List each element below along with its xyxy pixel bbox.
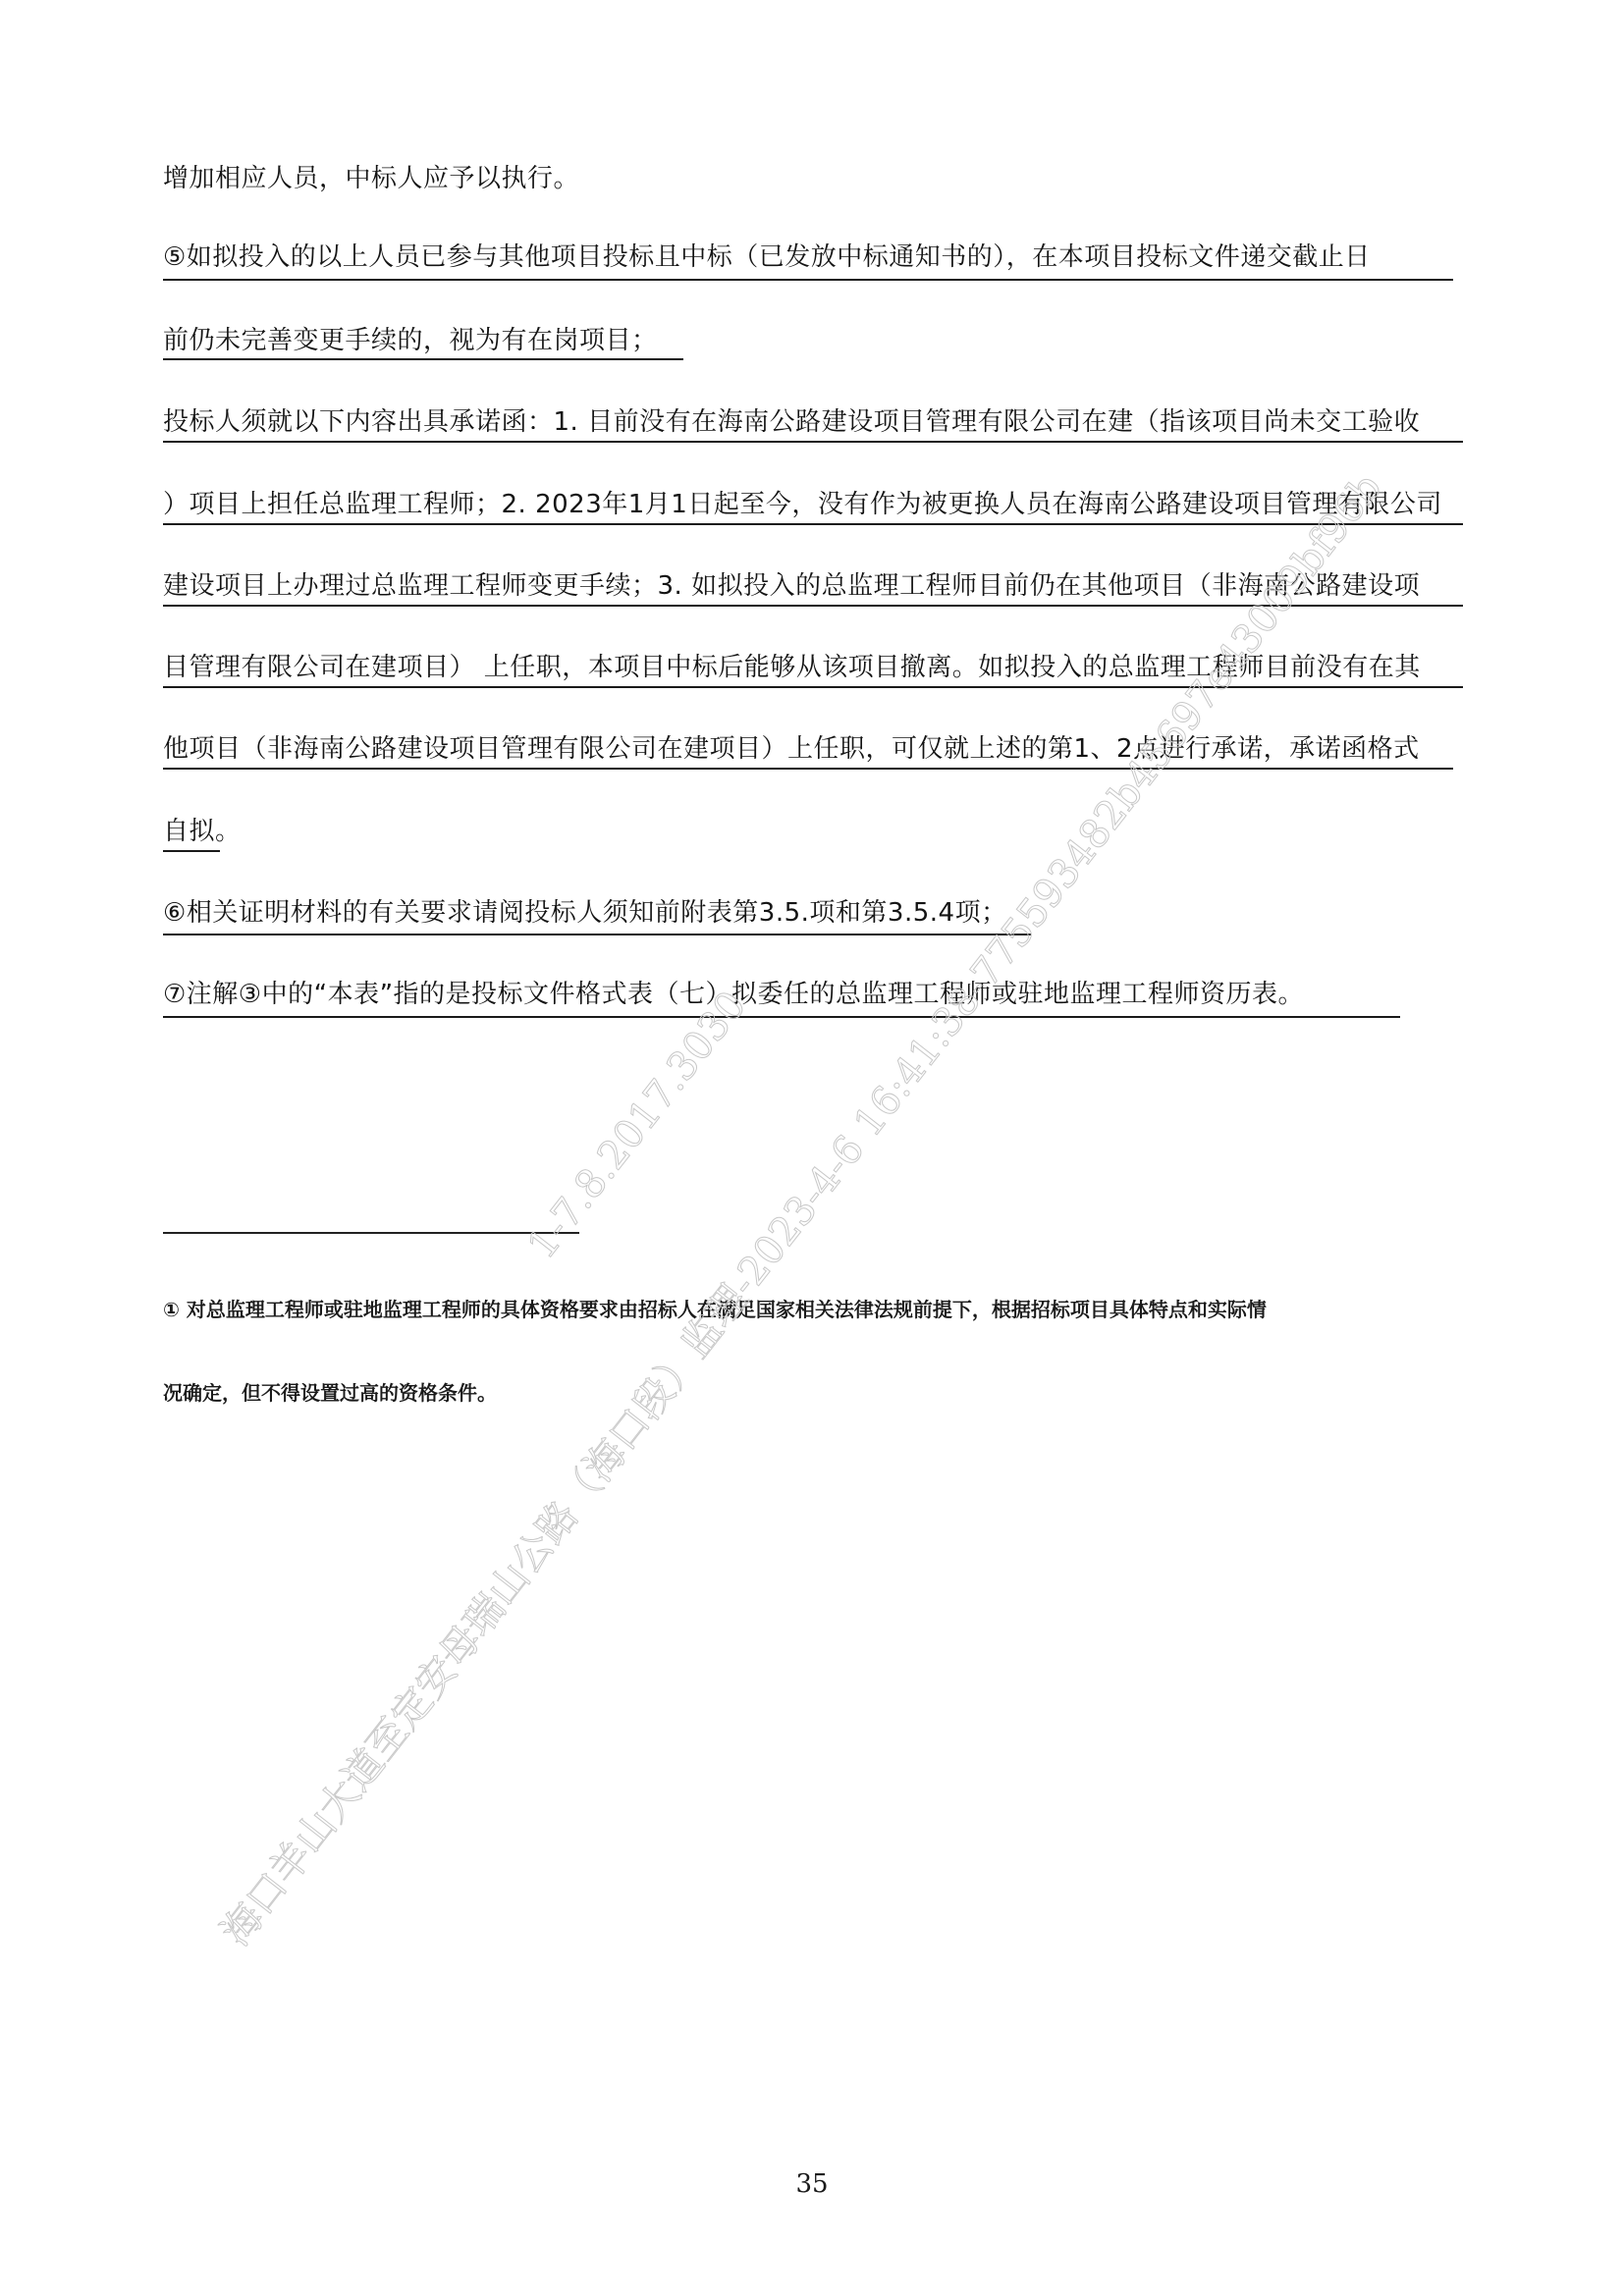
underline bbox=[163, 850, 220, 852]
commitment-line-1: 投标人须就以下内容出具承诺函：1. 目前没有在海南公路建设项目管理有限公司在建（… bbox=[163, 405, 1420, 439]
note-5-line-2: 前仍未完善变更手续的，视为有在岗项目； bbox=[163, 324, 658, 357]
footnote-1-line-1: ① 对总监理工程师或驻地监理工程师的具体资格要求由招标人在满足国家相关法律法规前… bbox=[163, 1296, 1267, 1323]
underline bbox=[163, 605, 1463, 607]
underline bbox=[163, 523, 1463, 525]
underline bbox=[163, 934, 1031, 935]
document-page: 增加相应人员，中标人应予以执行。 ⑤如拟投入的以上人员已参与其他项目投标且中标（… bbox=[0, 0, 1624, 2296]
underline bbox=[163, 358, 683, 360]
note-7: ⑦注解③中的“本表”指的是投标文件格式表（七）拟委任的总监理工程师或驻地监理工程… bbox=[163, 978, 1304, 1011]
commitment-line-4: 目管理有限公司在建项目） 上任职，本项目中标后能够从该项目撤离。如拟投入的总监理… bbox=[163, 651, 1421, 684]
note-6: ⑥相关证明材料的有关要求请阅投标人须知前附表第3.5.项和第3.5.4项； bbox=[163, 896, 1007, 930]
commitment-line-2: ）项目上担任总监理工程师；2. 2023年1月1日起至今，没有作为被更换人员在海… bbox=[163, 488, 1442, 521]
watermark-sub: 1-7.8.2017.3030 bbox=[519, 983, 755, 1267]
commitment-line-6: 自拟。 bbox=[163, 815, 242, 848]
note-5-line-1: ⑤如拟投入的以上人员已参与其他项目投标且中标（已发放中标通知书的），在本项目投标… bbox=[163, 240, 1371, 274]
underline bbox=[163, 279, 1453, 281]
underline bbox=[163, 686, 1463, 688]
footnote-separator bbox=[163, 1232, 579, 1234]
underline bbox=[163, 1016, 1400, 1018]
page-number: 35 bbox=[0, 2169, 1624, 2199]
paragraph-line-1: 增加相应人员，中标人应予以执行。 bbox=[163, 162, 579, 195]
underline bbox=[163, 441, 1463, 443]
footnote-1-line-2: 况确定，但不得设置过高的资格条件。 bbox=[163, 1379, 497, 1407]
commitment-line-3: 建设项目上办理过总监理工程师变更手续；3. 如拟投入的总监理工程师目前仍在其他项… bbox=[163, 569, 1420, 603]
commitment-line-5: 他项目（非海南公路建设项目管理有限公司在建项目）上任职，可仅就上述的第1、2点进… bbox=[163, 732, 1420, 766]
underline bbox=[163, 768, 1453, 770]
